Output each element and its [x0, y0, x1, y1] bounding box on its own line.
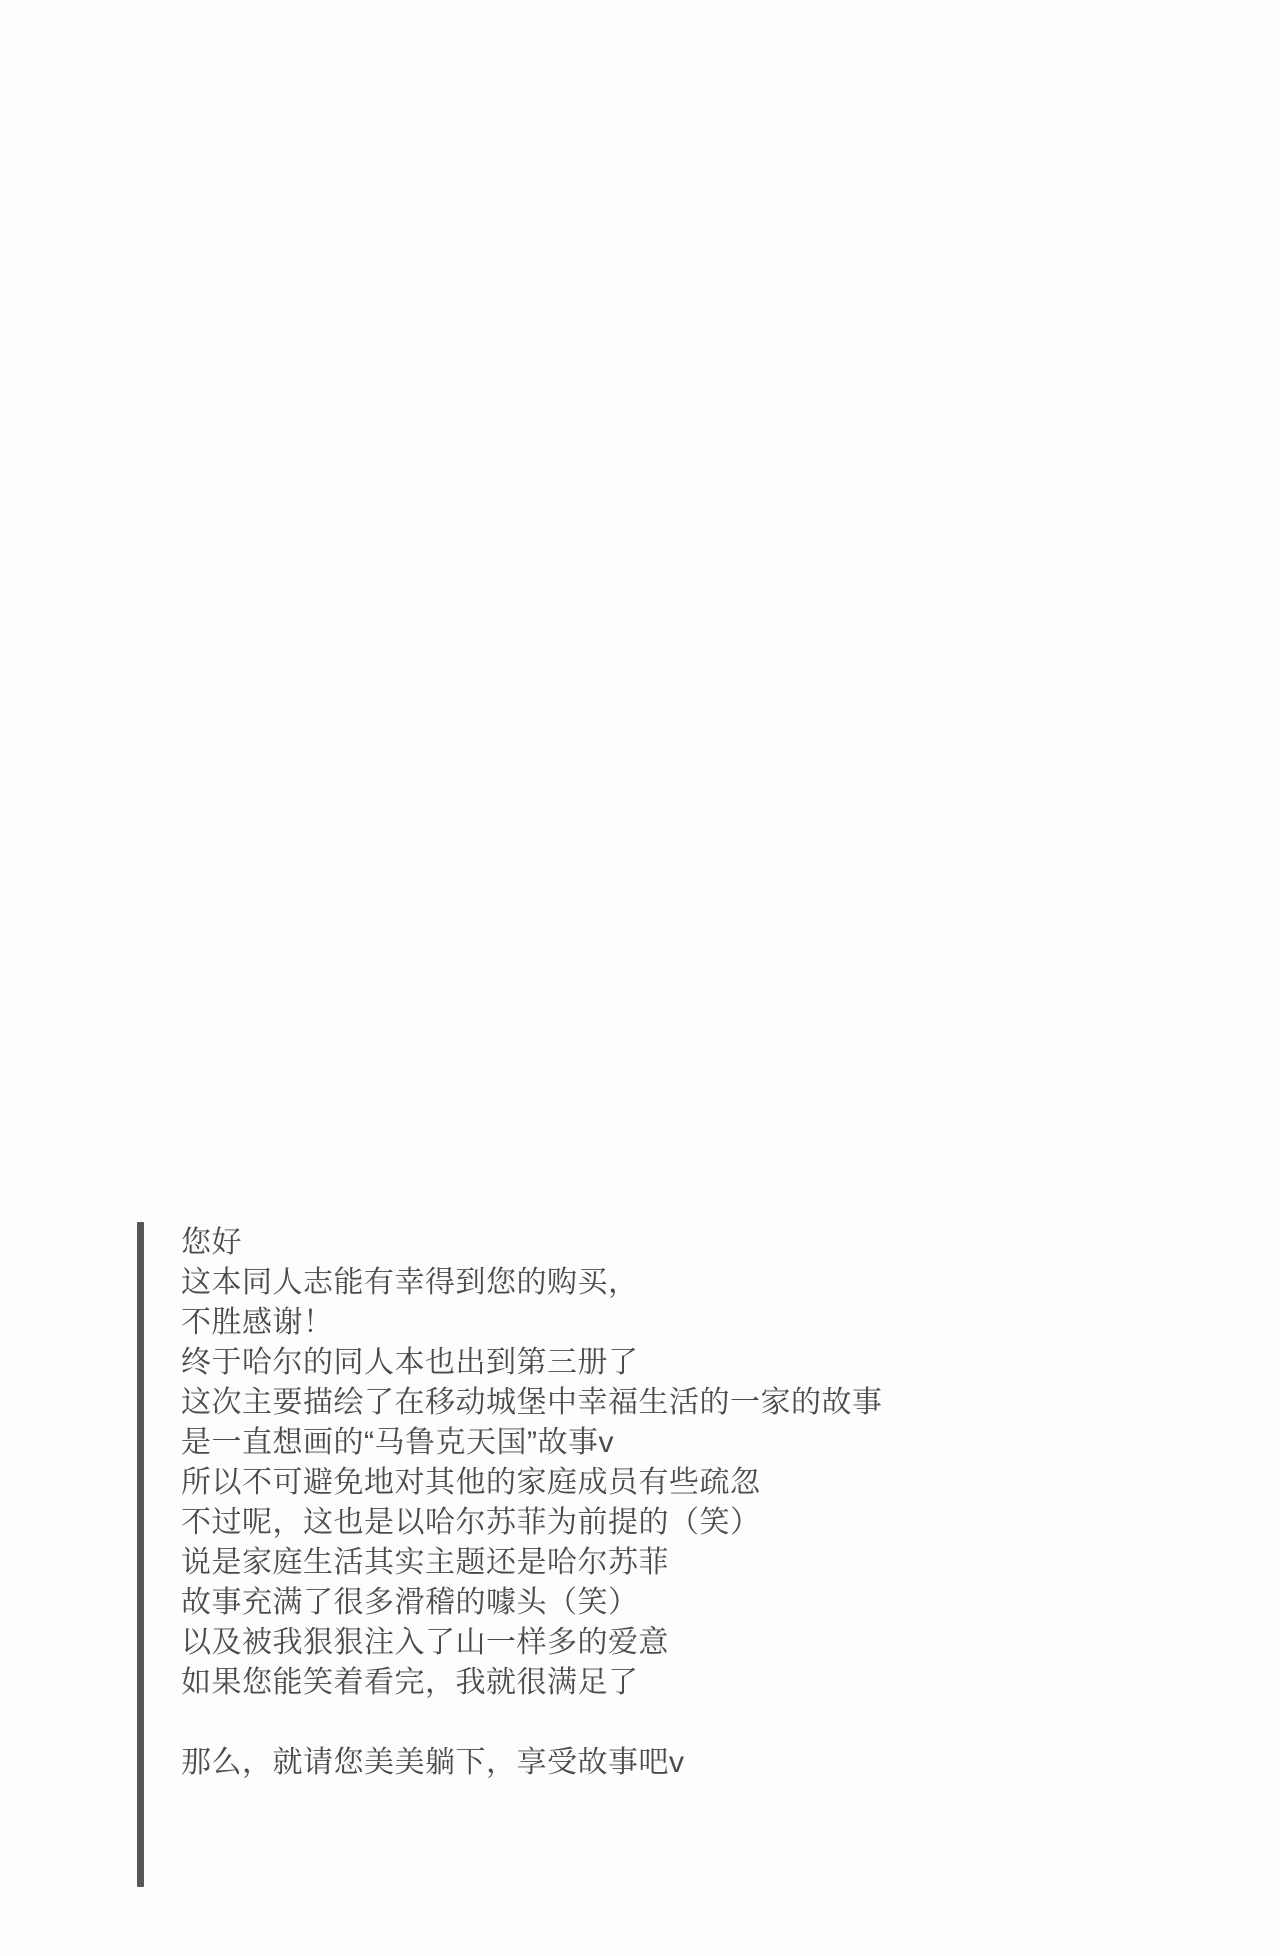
afterword-line: 这本同人志能有幸得到您的购买，: [181, 1263, 1081, 1303]
afterword-line: 故事充满了很多滑稽的噱头（笑）: [181, 1583, 1081, 1623]
afterword-line: 如果您能笑着看完，我就很满足了: [181, 1663, 1081, 1703]
afterword-line: 说是家庭生活其实主题还是哈尔苏菲: [181, 1543, 1081, 1583]
afterword-closing-line: 那么，就请您美美躺下，享受故事吧v: [181, 1743, 1081, 1783]
afterword-line: 终于哈尔的同人本也出到第三册了: [181, 1343, 1081, 1383]
afterword-line: 不胜感谢！: [181, 1303, 1081, 1343]
afterword-line: 您好: [181, 1223, 1081, 1263]
afterword-line: 是一直想画的“马鲁克天国”故事v: [181, 1423, 1081, 1463]
afterword-line: 这次主要描绘了在移动城堡中幸福生活的一家的故事: [181, 1383, 1081, 1423]
left-accent-bar: [137, 1222, 144, 1887]
scanned-page: 您好 这本同人志能有幸得到您的购买， 不胜感谢！ 终于哈尔的同人本也出到第三册了…: [0, 0, 1280, 1956]
afterword-text-block: 您好 这本同人志能有幸得到您的购买， 不胜感谢！ 终于哈尔的同人本也出到第三册了…: [181, 1223, 1081, 1783]
afterword-line: 所以不可避免地对其他的家庭成员有些疏忽: [181, 1463, 1081, 1503]
afterword-line: 不过呢，这也是以哈尔苏菲为前提的（笑）: [181, 1503, 1081, 1543]
afterword-line: 以及被我狠狠注入了山一样多的爱意: [181, 1623, 1081, 1663]
